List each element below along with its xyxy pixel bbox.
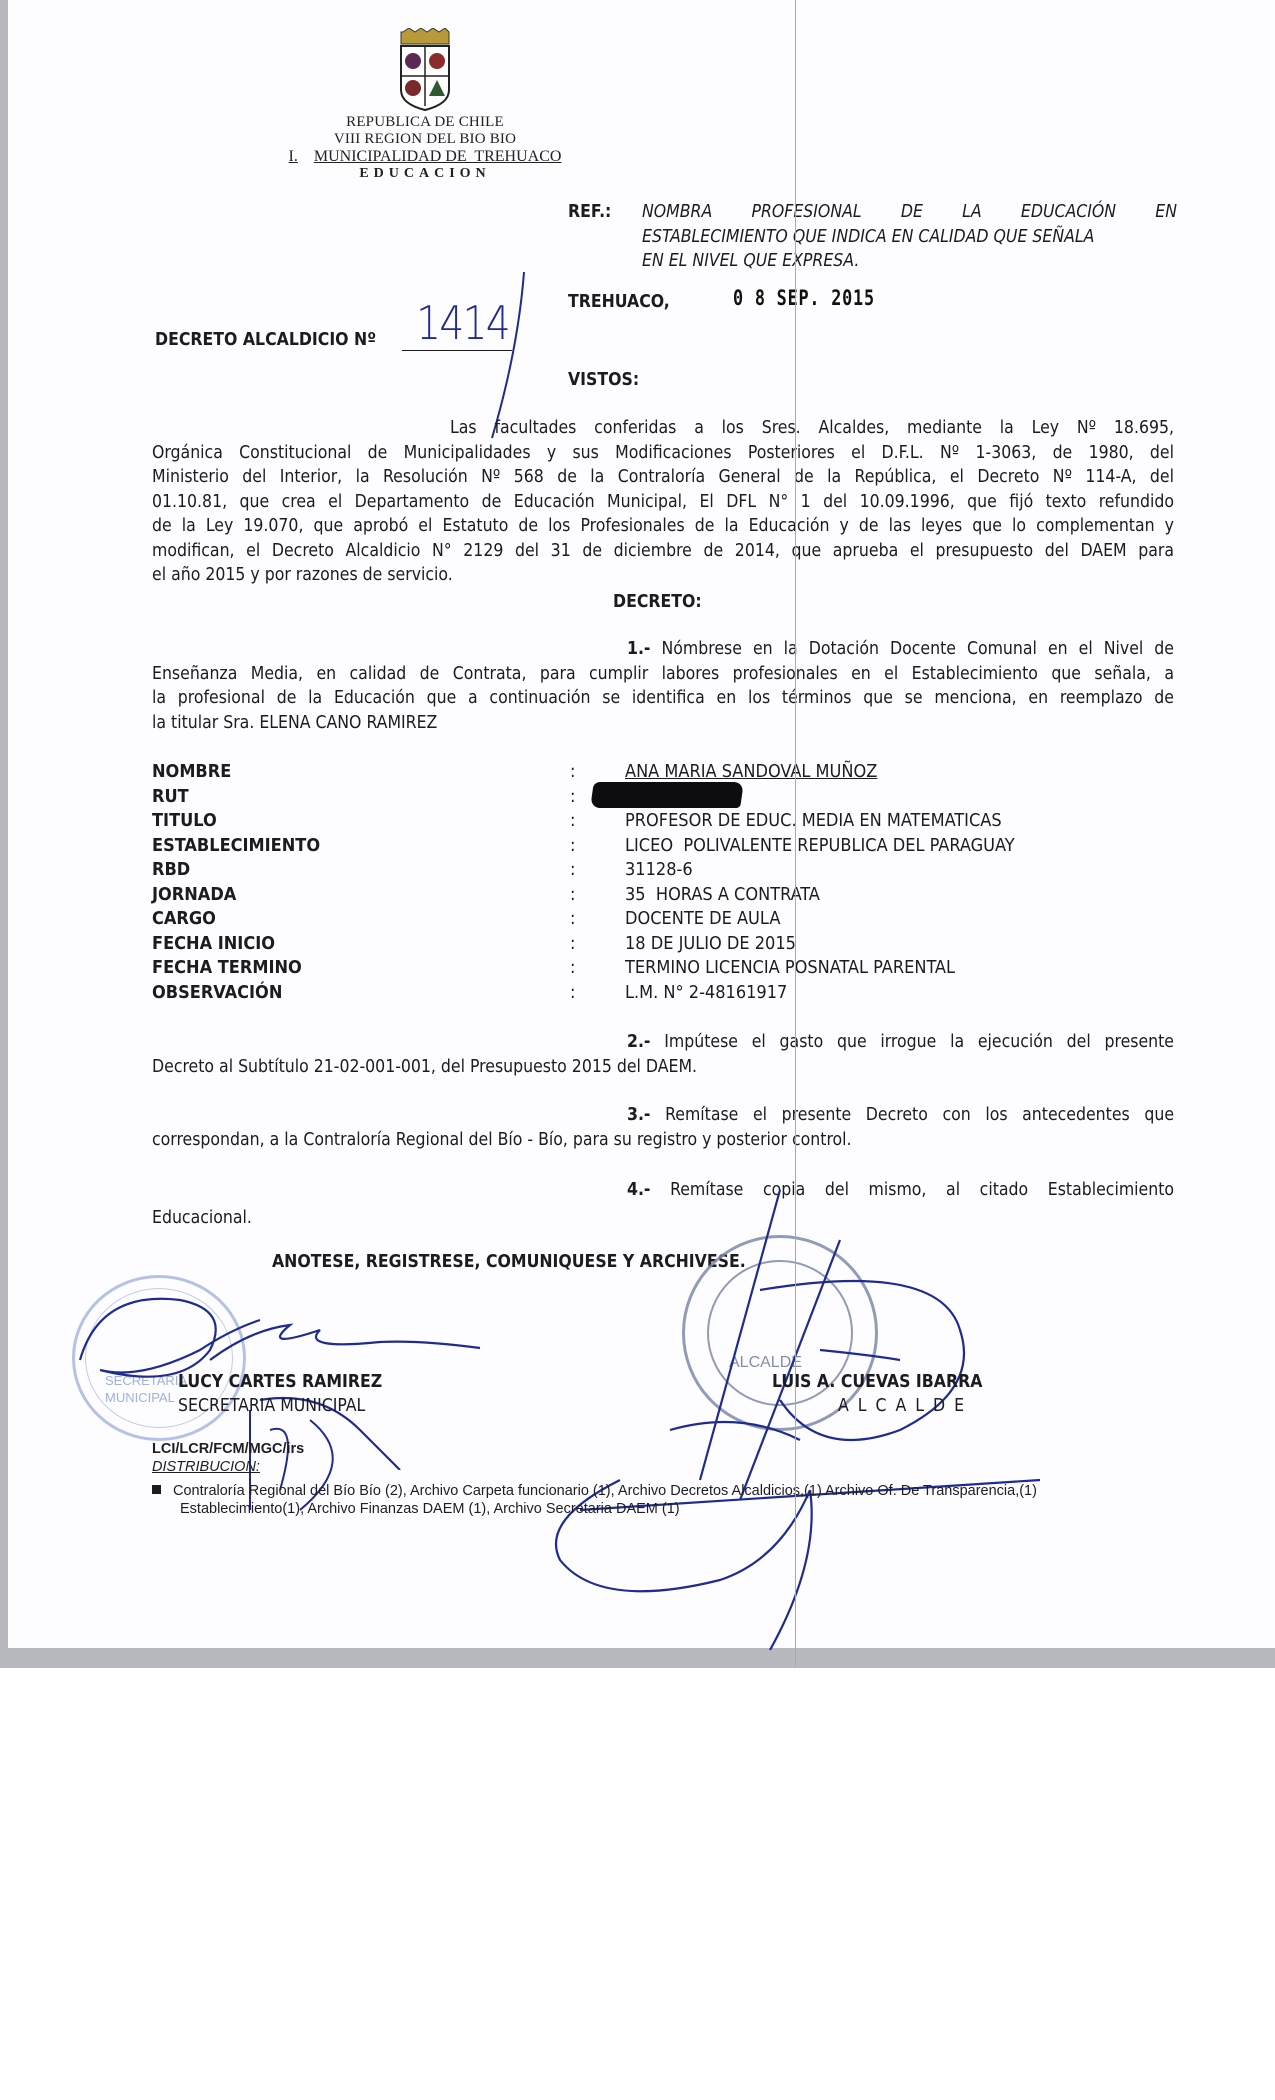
item-number: 3.- (627, 1105, 650, 1125)
vistos-line: de la Ley 19.070, que aprobó el Estatuto… (152, 514, 1174, 539)
field-nombre: ANA MARIA SANDOVAL MUÑOZ (625, 760, 1052, 785)
decreto-heading: DECRETO: (613, 590, 702, 615)
ref-line: NOMBRA PROFESIONAL DE LA EDUCACIÓN EN (642, 200, 1177, 225)
ref-line: EN EL NIVEL QUE EXPRESA. (642, 249, 1177, 274)
decreto-item-3: 3.- Remítase el presente Decreto con los… (152, 1103, 1174, 1152)
field-row: RBD:31128-6 (152, 858, 1052, 883)
scan-artifact-line (795, 0, 796, 1668)
vistos-line: modifican, el Decreto Alcaldicio N° 2129… (152, 539, 1174, 564)
vistos-line: Las facultades conferidas a los Sres. Al… (152, 416, 1174, 441)
ref-label: REF.: (568, 200, 611, 225)
vistos-line: 01.10.81, que crea el Departamento de Ed… (152, 490, 1174, 515)
header-municipality: MUNICIPALIDAD DE TREHUACO (314, 148, 562, 165)
vistos-heading: VISTOS: (568, 368, 639, 393)
vistos-line: el año 2015 y por razones de servicio. (152, 563, 1174, 588)
decreto-item-2: 2.- Impútese el gasto que irrogue la eje… (152, 1030, 1174, 1079)
typist-initials: LCI/LCR/FCM/MGC/irs (152, 1440, 304, 1458)
item-text: Nómbrese en la Dotación Docente Comunal … (662, 639, 1174, 659)
bullet-icon (152, 1485, 161, 1494)
ref-text: NOMBRA PROFESIONAL DE LA EDUCACIÓN EN ES… (642, 200, 1177, 274)
signatory-left-name: LUCY CARTES RAMIREZ (178, 1370, 382, 1395)
redaction-mark (590, 782, 744, 808)
field-row: ESTABLECIMIENTO:LICEO POLIVALENTE REPUBL… (152, 834, 1052, 859)
vistos-text: Las facultades conferidas a los Sres. Al… (152, 416, 1174, 588)
distribution-label: DISTRIBUCION: (152, 1458, 260, 1476)
item-number: 2.- (627, 1032, 650, 1052)
field-row: NOMBRE:ANA MARIA SANDOVAL MUÑOZ (152, 760, 1052, 785)
header-prefix: I. (289, 148, 298, 165)
date-stamp: 0 8 SEP. 2015 (733, 286, 875, 310)
signature-alcalde (520, 1180, 1040, 1665)
signatory-right-title: A L C A L D E (838, 1394, 966, 1419)
signatory-right-name: LUIS A. CUEVAS IBARRA (772, 1370, 982, 1395)
field-row: FECHA TERMINO:TERMINO LICENCIA POSNATAL … (152, 956, 1052, 981)
header-region: VIII REGION DEL BIO BIO (250, 131, 600, 148)
item-line: correspondan, a la Contraloría Regional … (152, 1128, 1174, 1153)
item-line: Decreto al Subtítulo 21-02-001-001, del … (152, 1055, 1174, 1080)
ref-line: ESTABLECIMIENTO QUE INDICA EN CALIDAD QU… (642, 225, 1177, 250)
field-row: CARGO:DOCENTE DE AULA (152, 907, 1052, 932)
item-number: 1.- (627, 639, 650, 659)
item-line: la profesional de la Educación que a con… (152, 686, 1174, 711)
coat-of-arms-icon (395, 28, 455, 112)
header-country: REPUBLICA DE CHILE (250, 114, 600, 131)
item-line: la titular Sra. ELENA CANO RAMIREZ (152, 711, 1174, 736)
field-row: JORNADA:35 HORAS A CONTRATA (152, 883, 1052, 908)
field-row: FECHA INICIO:18 DE JULIO DE 2015 (152, 932, 1052, 957)
signatory-left-title: SECRETARIA MUNICIPAL (178, 1394, 365, 1419)
decreto-item-1: 1.- Nómbrese en la Dotación Docente Comu… (152, 637, 1174, 735)
header-department: EDUCACION (250, 166, 600, 182)
vistos-line: Ministerio del Interior, la Resolución N… (152, 465, 1174, 490)
field-row: TITULO:PROFESOR DE EDUC. MEDIA EN MATEMA… (152, 809, 1052, 834)
field-row: OBSERVACIÓN:L.M. N° 2-48161917 (152, 981, 1052, 1006)
place: TREHUACO, (568, 290, 670, 315)
item-line: Enseñanza Media, en calidad de Contrata,… (152, 662, 1174, 687)
distribution-list: Contraloría Regional del Bío Bío (2), Ar… (152, 1482, 1182, 1518)
vistos-line: Orgánica Constitucional de Municipalidad… (152, 441, 1174, 466)
decree-label: DECRETO ALCALDICIO Nº (155, 328, 376, 353)
